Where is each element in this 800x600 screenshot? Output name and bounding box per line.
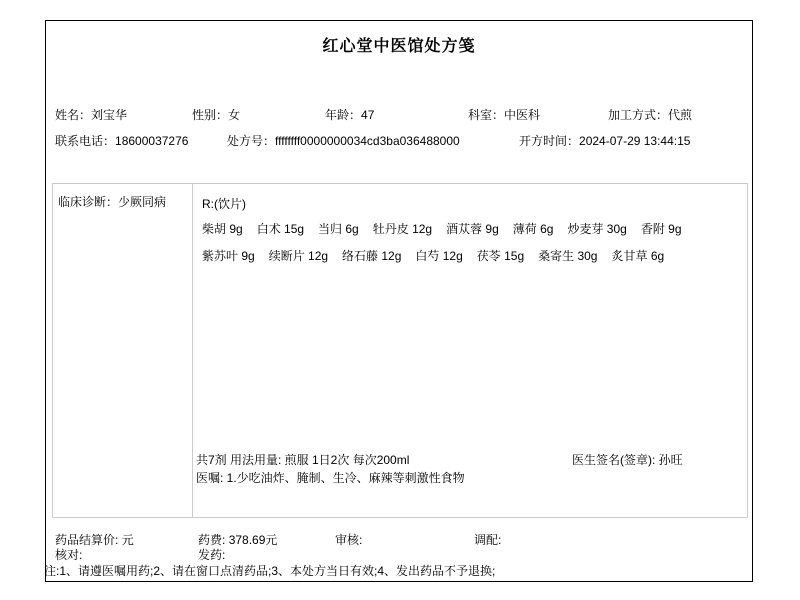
footer-note: 注:1、请遵医嘱用药;2、请在窗口点清药品;3、本处方当日有效;4、发出药品不予… [44,562,495,579]
herb-item: 香附 9g [641,220,682,237]
dispense-prep-field: 调配: [474,531,501,548]
doctor-signature-label: 医生签名(签章) [572,453,652,467]
patient-gender-value: 女 [228,108,240,122]
dosage-line: 共7剂 用法用量: 煎服 1日2次 每次200ml [196,451,409,468]
prescription-number-label: 处方号 [227,134,263,148]
phone-field: 联系电话：18600037276 [55,132,188,149]
herb-item: 络石藤 12g [342,247,401,264]
processing-method-value: 代煎 [668,108,692,122]
check-field: 核对: [55,546,82,563]
doctor-signature-field: 医生签名(签章): 孙旺 [572,451,683,468]
herb-item: 酒苁蓉 9g [446,220,499,237]
herb-item: 当归 6g [318,220,359,237]
drug-fee-value: 378.69元 [229,533,278,547]
herb-item: 炙甘草 6g [611,247,664,264]
herb-item: 桑寄生 30g [538,247,597,264]
herb-item: 牡丹皮 12g [373,220,432,237]
phone-value: 18600037276 [115,134,188,148]
herb-line-2: 紫苏叶 9g续断片 12g络石藤 12g白芍 12g茯苓 15g桑寄生 30g炙… [202,247,742,264]
herb-item: 紫苏叶 9g [202,247,255,264]
herb-line-1: 柴胡 9g白术 15g当归 6g牡丹皮 12g酒苁蓉 9g薄荷 6g炒麦芽 30… [202,220,742,237]
herb-item: 茯苓 15g [477,247,524,264]
drug-fee-label: 药费 [198,533,222,547]
prescription-number-value: ffffffff0000000034cd3ba036488000 [275,134,460,148]
phone-label: 联系电话 [55,134,103,148]
herb-item: 炒麦芽 30g [567,220,626,237]
dispense-prep-label: 调配 [474,533,498,547]
department-label: 科室 [468,108,492,122]
department-value: 中医科 [504,108,540,122]
herb-item: 续断片 12g [269,247,328,264]
patient-name-label: 姓名 [55,108,79,122]
settlement-price-label: 药品结算价 [55,533,115,547]
diagnosis-column-divider [192,184,193,517]
herb-item: 柴胡 9g [202,220,243,237]
patient-gender-label: 性别 [192,108,216,122]
patient-age-field: 年龄：47 [325,106,374,123]
patient-name-field: 姓名：刘宝华 [55,106,127,123]
issue-time-field: 开方时间：2024-07-29 13:44:15 [519,132,690,149]
review-field: 审核: [335,531,362,548]
advice-line: 医嘱: 1.少吃油炸、腌制、生冷、麻辣等刺激性食物 [196,469,465,486]
patient-age-value: 47 [361,108,374,122]
dispense-field: 发药: [198,546,225,563]
settlement-price-value: 元 [122,533,134,547]
review-label: 审核 [335,533,359,547]
doctor-signature-value: 孙旺 [659,453,683,467]
prescription-number-field: 处方号：ffffffff0000000034cd3ba036488000 [227,132,460,149]
department-field: 科室：中医科 [468,106,540,123]
issue-time-value: 2024-07-29 13:44:15 [579,134,690,148]
herb-item: 薄荷 6g [513,220,554,237]
processing-method-label: 加工方式 [608,108,656,122]
processing-method-field: 加工方式：代煎 [608,106,692,123]
dispense-label: 发药 [198,548,222,562]
check-label: 核对 [55,548,79,562]
herb-item: 白芍 12g [415,247,462,264]
diagnosis-label: 临床诊断 [58,195,106,209]
patient-age-label: 年龄 [325,108,349,122]
issue-time-label: 开方时间 [519,134,567,148]
patient-gender-field: 性别：女 [192,106,240,123]
page-title: 红心堂中医馆处方笺 [45,33,753,56]
herb-item: 白术 15g [257,220,304,237]
patient-name-value: 刘宝华 [91,108,127,122]
rx-header: R:(饮片) [202,195,246,212]
diagnosis-field: 临床诊断：少厥同病 [58,193,166,210]
diagnosis-value: 少厥同病 [118,195,166,209]
